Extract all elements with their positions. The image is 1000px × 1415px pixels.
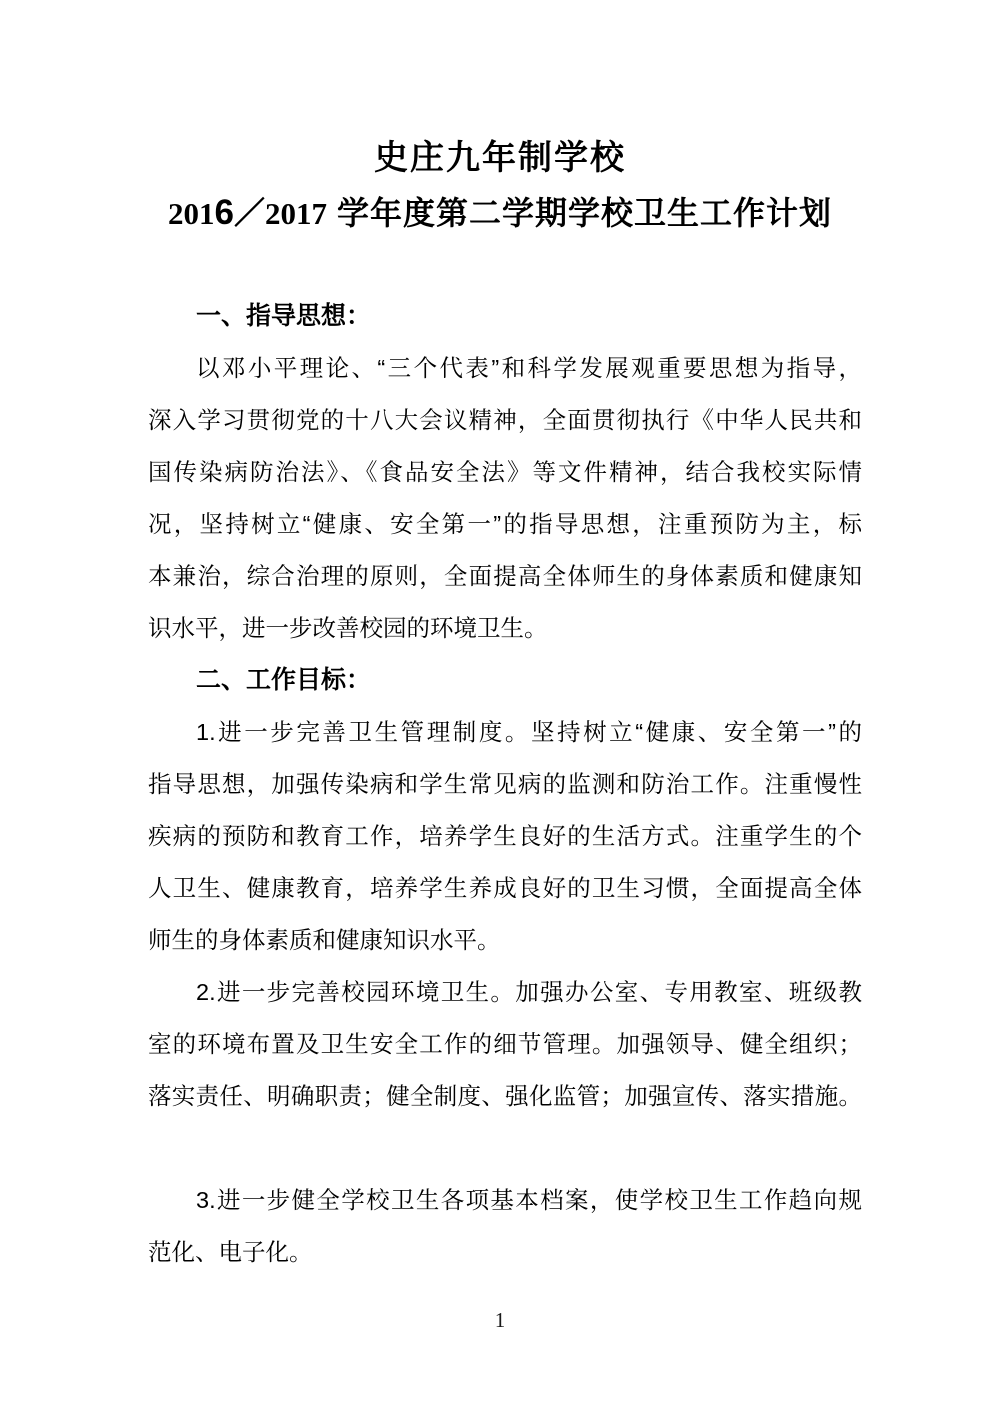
text-line: 疾病的预防和教育工作，培养学生良好的生活方式。注重学生的个 xyxy=(148,810,862,862)
section-heading-work-goals: 二、工作目标： xyxy=(148,654,862,706)
text-line: 识水平，进一步改善校园的环境卫生。 xyxy=(148,602,862,654)
blank-line xyxy=(148,1122,862,1174)
section-heading-guiding-ideology: 一、指导思想： xyxy=(148,290,862,342)
subtitle-text: 学年度第二学期学校卫生工作计划 xyxy=(337,195,832,231)
document-page: 史庄九年制学校 2016／2017学年度第二学期学校卫生工作计划 一、指导思想：… xyxy=(0,0,1000,1415)
document-title: 史庄九年制学校 xyxy=(0,136,1000,180)
text-line: 深入学习贯彻党的十八大会议精神，全面贯彻执行《中华人民共和 xyxy=(148,394,862,446)
text-line: 国传染病防治法》、《食品安全法》等文件精神，结合我校实际情 xyxy=(148,446,862,498)
text-line: 师生的身体素质和健康知识水平。 xyxy=(148,914,862,966)
text-line: 3.进一步健全学校卫生各项基本档案，使学校卫生工作趋向规 xyxy=(148,1174,862,1226)
subtitle-year-second: 2017 xyxy=(265,196,327,231)
text-line: 人卫生、健康教育，培养学生养成良好的卫生习惯，全面提高全体 xyxy=(148,862,862,914)
text-line: 以邓小平理论、“三个代表”和科学发展观重要思想为指导， xyxy=(148,342,862,394)
text-line: 指导思想，加强传染病和学生常见病的监测和防治工作。注重慢性 xyxy=(148,758,862,810)
subtitle-slash: ／ xyxy=(234,196,265,231)
text-line: 2.进一步完善校园环境卫生。加强办公室、专用教室、班级教 xyxy=(148,966,862,1018)
subtitle-year-prefix: 201 xyxy=(168,196,215,231)
text-line: 1.进一步完善卫生管理制度。坚持树立“健康、安全第一”的 xyxy=(148,706,862,758)
text-line: 况，坚持树立“健康、安全第一”的指导思想，注重预防为主，标 xyxy=(148,498,862,550)
text-line: 本兼治，综合治理的原则，全面提高全体师生的身体素质和健康知 xyxy=(148,550,862,602)
text-line: 室的环境布置及卫生安全工作的细节管理。加强领导、健全组织； xyxy=(148,1018,862,1070)
text-line: 范化、电子化。 xyxy=(148,1226,862,1278)
document-body: 一、指导思想： 以邓小平理论、“三个代表”和科学发展观重要思想为指导， 深入学习… xyxy=(148,290,862,1278)
text-line: 落实责任、明确职责；健全制度、强化监管；加强宣传、落实措施。 xyxy=(148,1070,862,1122)
page-number: 1 xyxy=(0,1300,1000,1340)
subtitle-year-bold-digit: 6 xyxy=(215,193,234,232)
document-subtitle: 2016／2017学年度第二学期学校卫生工作计划 xyxy=(0,191,1000,235)
